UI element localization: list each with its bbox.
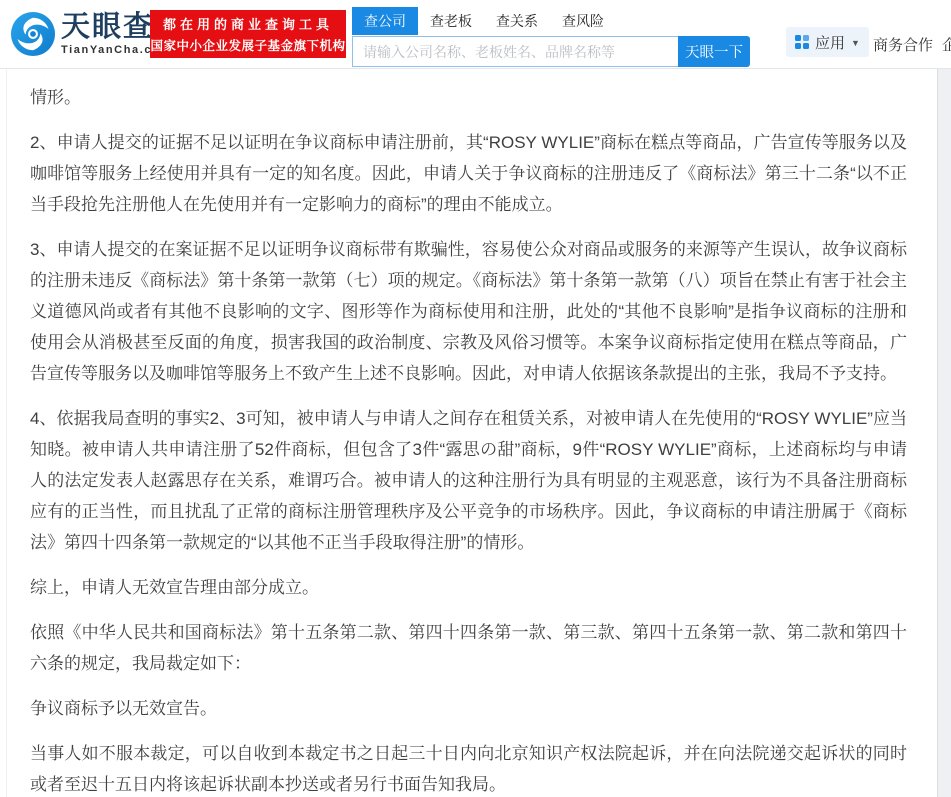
badge-slogan-line1: 都在用的商业查询工具 [163,14,333,33]
tab-risk[interactable]: 查风险 [550,7,616,35]
badge-slogan-line2: 国家中小企业发展子基金旗下机构 [150,36,345,54]
document-paragraph: 当事人如不服本裁定，可以自收到本裁定书之日起三十日内向北京知识产权法院起诉，并在… [30,738,907,797]
ruling-document-area: 情形。2、申请人提交的证据不足以证明在争议商标申请注册前，其“ROSY WYLI… [0,69,951,797]
business-cooperation-link[interactable]: 商务合作 [873,34,933,55]
apps-grid-icon [795,35,809,49]
search-tabs: 查公司查老板查关系查风险 [352,7,750,35]
document-paragraph: 4、依据我局查明的事实2、3可知，被申请人与申请人之间存在租赁关系，对被申请人在… [30,403,907,558]
tab-boss[interactable]: 查老板 [418,7,484,35]
chevron-down-icon: ▼ [851,38,860,48]
tab-relation[interactable]: 查关系 [484,7,550,35]
search-button[interactable]: 天眼一下 [678,36,750,67]
document-paragraph: 2、申请人提交的证据不足以证明在争议商标申请注册前，其“ROSY WYLIE”商… [30,127,907,220]
ruling-document-text: 情形。2、申请人提交的证据不足以证明在争议商标申请注册前，其“ROSY WYLI… [0,69,951,797]
search-input[interactable] [352,36,678,67]
site-header: 天眼查 TianYanCha.com 都在用的商业查询工具 国家中小企业发展子基… [0,0,951,69]
tianyancha-logo[interactable]: 天眼查 TianYanCha.com [10,11,172,57]
tianyancha-eye-icon [10,11,56,57]
apps-menu[interactable]: 应用 ▼ [786,27,869,57]
document-paragraph: 3、申请人提交的在案证据不足以证明争议商标带有欺骗性，容易使公众对商品或服务的来… [30,234,907,389]
enterprise-link-clipped[interactable]: 企 [942,34,951,55]
document-paragraph: 依照《中华人民共和国商标法》第十五条第二款、第四十四条第一款、第三款、第四十五条… [30,617,907,679]
page-right-gutter [937,69,951,797]
tab-company[interactable]: 查公司 [352,7,418,35]
document-paragraph: 综上，申请人无效宣告理由部分成立。 [30,572,907,603]
search-area: 查公司查老板查关系查风险 天眼一下 [352,7,750,67]
apps-menu-label: 应用 [815,32,845,53]
brand-slogan-badge: 都在用的商业查询工具 国家中小企业发展子基金旗下机构 [150,10,346,58]
document-paragraph: 争议商标予以无效宣告。 [30,693,907,724]
document-paragraph: 情形。 [30,82,907,113]
